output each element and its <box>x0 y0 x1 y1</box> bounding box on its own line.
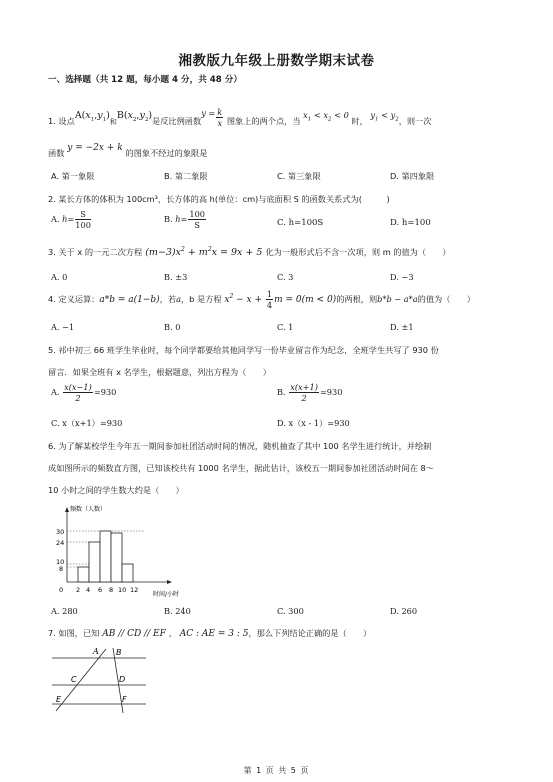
option-2b[interactable]: B. h=100S <box>164 210 207 229</box>
x-axis-label: 时间/小时 <box>153 590 179 598</box>
option-2c[interactable]: C. h=100S <box>277 218 323 228</box>
option-2d[interactable]: D. h=100 <box>390 218 431 228</box>
svg-text:A: A <box>92 647 99 656</box>
svg-text:30: 30 <box>56 528 64 536</box>
svg-text:24: 24 <box>56 539 64 547</box>
question-6: 6. 为了解某校学生今年五一期间参加社团活动时间的情况，随机抽查了其中 100 … <box>48 441 431 452</box>
y-axis-label: 频数（人数） <box>70 505 106 513</box>
svg-text:E: E <box>56 695 62 704</box>
math-linear-function: y = −2x + k <box>64 143 125 153</box>
option-1d[interactable]: D. 第四象限 <box>390 171 434 182</box>
svg-text:8: 8 <box>109 586 113 594</box>
svg-text:10: 10 <box>118 586 126 594</box>
frequency-histogram: 30 24 10 8 0 2 4 6 8 10 12 频数（人数） 时间/小时 <box>45 500 205 605</box>
question-number: 1. <box>48 116 56 126</box>
question-5: 5. 祁中初三 66 班学生毕业时，每个同学都要给其他同学写一份毕业留言作为纪念… <box>48 345 439 356</box>
page-footer: 第 1 页 共 5 页 <box>0 765 553 776</box>
math-point-b: B(x2,y2) <box>117 110 152 121</box>
option-4b[interactable]: B. 0 <box>164 322 180 332</box>
option-5b[interactable]: B. x(x+1)2=930 <box>277 383 342 402</box>
bar-8-10 <box>111 533 122 582</box>
svg-text:C: C <box>71 675 77 684</box>
option-1c[interactable]: C. 第三象限 <box>277 171 321 182</box>
bar-10-12 <box>122 564 133 582</box>
question-6-line2: 成如图所示的频数直方图，已知该校共有 1000 名学生，据此估计，该校五一期间参… <box>48 463 434 474</box>
option-6d[interactable]: D. 260 <box>390 606 417 616</box>
question-6-line3: 10 小时之间的学生数大约是（ ） <box>48 485 184 496</box>
option-5d[interactable]: D. x（x - 1）=930 <box>277 418 350 429</box>
option-4c[interactable]: C. 1 <box>277 322 293 332</box>
svg-text:F: F <box>122 695 127 704</box>
option-6b[interactable]: B. 240 <box>164 606 191 616</box>
svg-text:0: 0 <box>59 586 63 594</box>
math-point-a: A(x1,y1) <box>75 110 110 121</box>
svg-text:8: 8 <box>59 565 63 573</box>
option-4a[interactable]: A. −1 <box>51 322 74 332</box>
svg-text:D: D <box>119 675 125 684</box>
option-3a[interactable]: A. 0 <box>51 272 67 282</box>
option-6c[interactable]: C. 300 <box>277 606 304 616</box>
option-1b[interactable]: B. 第二象限 <box>164 171 208 182</box>
option-6a[interactable]: A. 280 <box>51 606 78 616</box>
question-5-line2: 留言．如果全班有 x 名学生，根据题意，列出方程为（ ） <box>48 367 271 378</box>
option-3b[interactable]: B. ±3 <box>164 272 187 282</box>
option-5a[interactable]: A. x(x−1)2=930 <box>51 383 116 402</box>
question-2: 2. 某长方体的体积为 100cm³，长方体的高 h(单位：cm)与底面积 S … <box>48 194 390 205</box>
bar-6-8 <box>100 531 111 582</box>
option-3d[interactable]: D. −3 <box>390 272 414 282</box>
math-condition-y: y1 < y2 <box>368 110 399 120</box>
svg-text:4: 4 <box>86 586 90 594</box>
option-4d[interactable]: D. ±1 <box>390 322 414 332</box>
math-condition-x: x1 < x2 < 0 <box>301 110 352 120</box>
y-axis-arrow-icon <box>65 507 69 512</box>
option-3c[interactable]: C. 3 <box>277 272 293 282</box>
bar-2-4 <box>78 567 89 582</box>
question-1-line2: 函数 y = −2x + k 的图象不经过的象限是 <box>48 148 207 159</box>
svg-text:B: B <box>116 648 122 657</box>
option-1a[interactable]: A. 第一象限 <box>51 171 94 182</box>
question-text: 设点 <box>58 116 74 126</box>
question-4: 4. 定义运算：a*b = a(1−b)，若a，b 是方程 x2 − x + 1… <box>48 290 475 309</box>
option-2a[interactable]: A. h=S100 <box>51 210 92 229</box>
document-title: 湘教版九年级上册数学期末试卷 <box>0 49 553 69</box>
math-quadratic-equation: (m−3)x2 + m2x = 9x + 5 <box>142 247 265 258</box>
svg-text:6: 6 <box>98 586 102 594</box>
x-axis-arrow-icon <box>167 580 172 584</box>
svg-text:12: 12 <box>130 586 138 594</box>
question-3: 3. 关于 x 的一元二次方程 (m−3)x2 + m2x = 9x + 5 化… <box>48 246 451 258</box>
section-heading: 一、选择题（共 12 题，每小题 4 分，共 48 分） <box>48 73 242 85</box>
svg-text:2: 2 <box>76 586 80 594</box>
question-1: 1. 设点A(x1,y1)和B(x2,y2)是反比例函数y =kx 图象上的两个… <box>48 112 431 131</box>
bar-4-6 <box>89 542 100 582</box>
math-inverse-function: y = <box>201 108 215 118</box>
parallel-lines-figure: A B C D E F <box>40 640 170 715</box>
option-5c[interactable]: C. x（x+1）=930 <box>51 418 122 429</box>
question-7: 7. 如图，已知 AB // CD // EF ， AC : AE = 3 : … <box>48 628 371 639</box>
